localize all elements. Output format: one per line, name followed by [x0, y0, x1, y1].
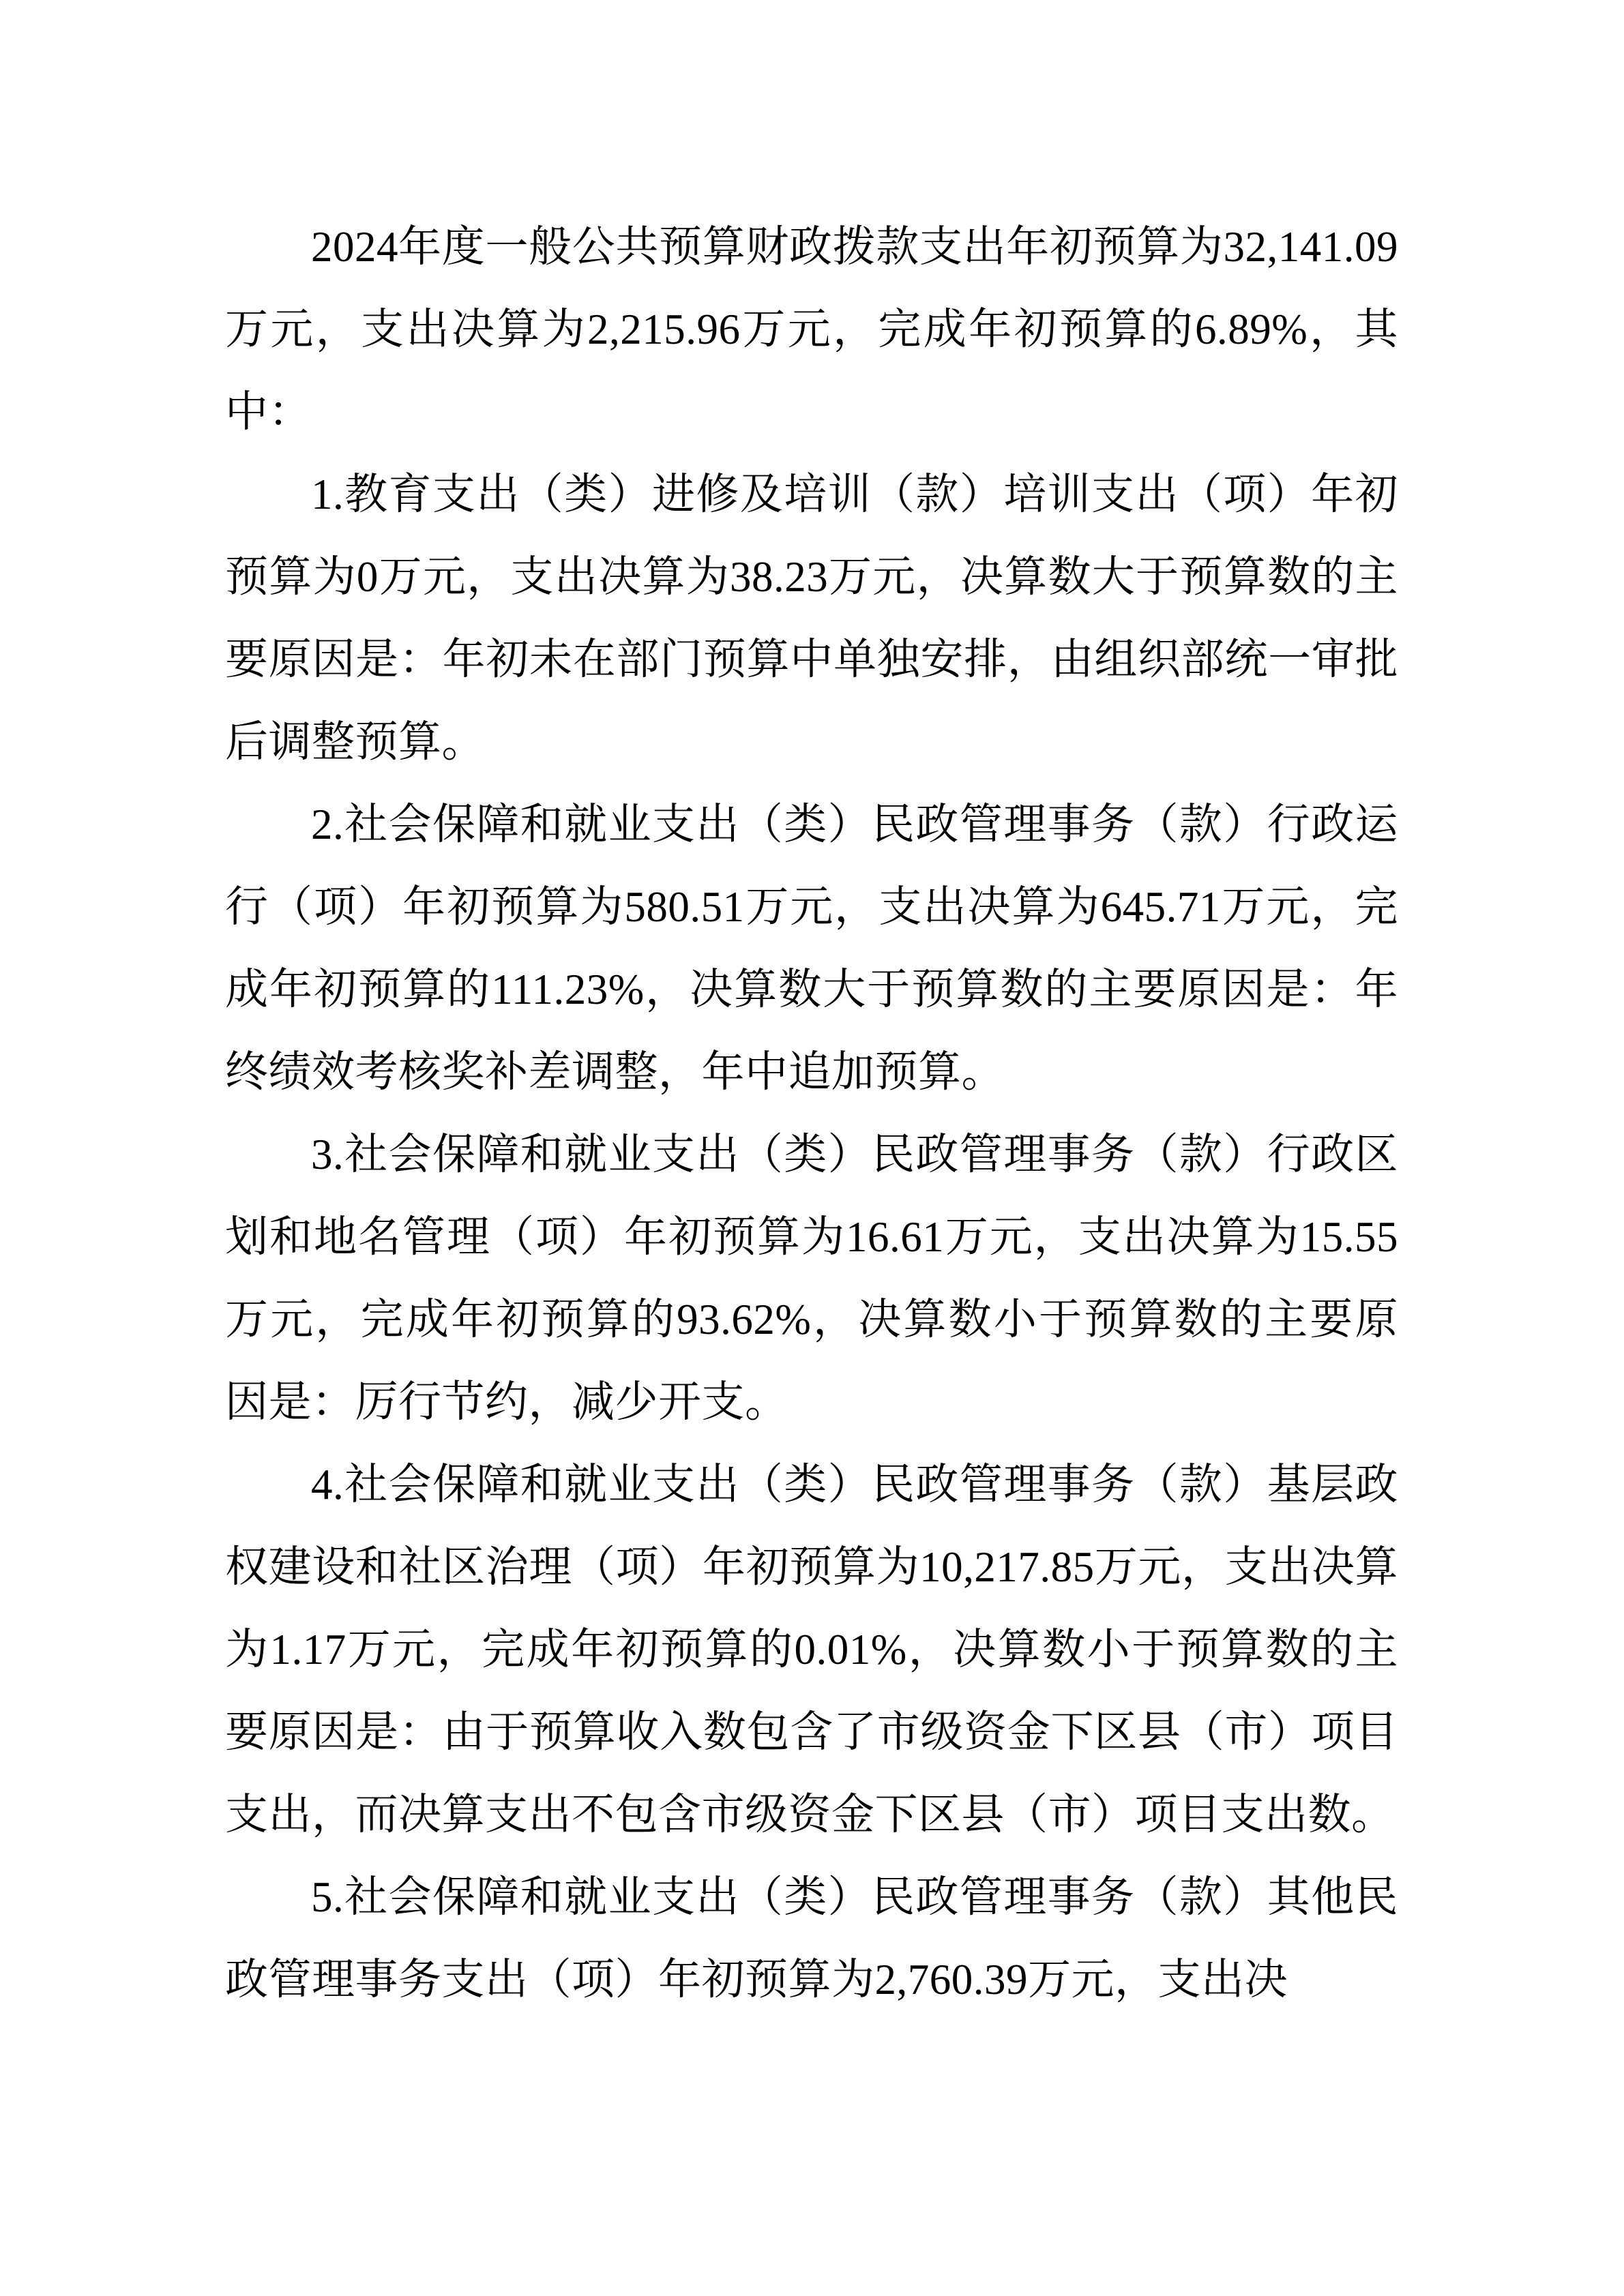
paragraph-item-1-education: 1.教育支出（类）进修及培训（款）培训支出（项）年初预算为0万元，支出决算为38… — [225, 453, 1398, 784]
document-page: 2024年度一般公共预算财政拨款支出年初预算为32,141.09万元，支出决算为… — [0, 0, 1624, 2296]
paragraph-item-4-community-governance: 4.社会保障和就业支出（类）民政管理事务（款）基层政权建设和社区治理（项）年初预… — [225, 1444, 1398, 1856]
paragraph-budget-summary: 2024年度一般公共预算财政拨款支出年初预算为32,141.09万元，支出决算为… — [225, 206, 1398, 453]
paragraph-item-2-admin-operation: 2.社会保障和就业支出（类）民政管理事务（款）行政运行（项）年初预算为580.5… — [225, 784, 1398, 1114]
paragraph-item-3-district-naming: 3.社会保障和就业支出（类）民政管理事务（款）行政区划和地名管理（项）年初预算为… — [225, 1114, 1398, 1444]
document-body: 2024年度一般公共预算财政拨款支出年初预算为32,141.09万元，支出决算为… — [225, 206, 1398, 2021]
paragraph-item-5-other-civil-affairs: 5.社会保障和就业支出（类）民政管理事务（款）其他民政管理事务支出（项）年初预算… — [225, 1856, 1398, 2021]
